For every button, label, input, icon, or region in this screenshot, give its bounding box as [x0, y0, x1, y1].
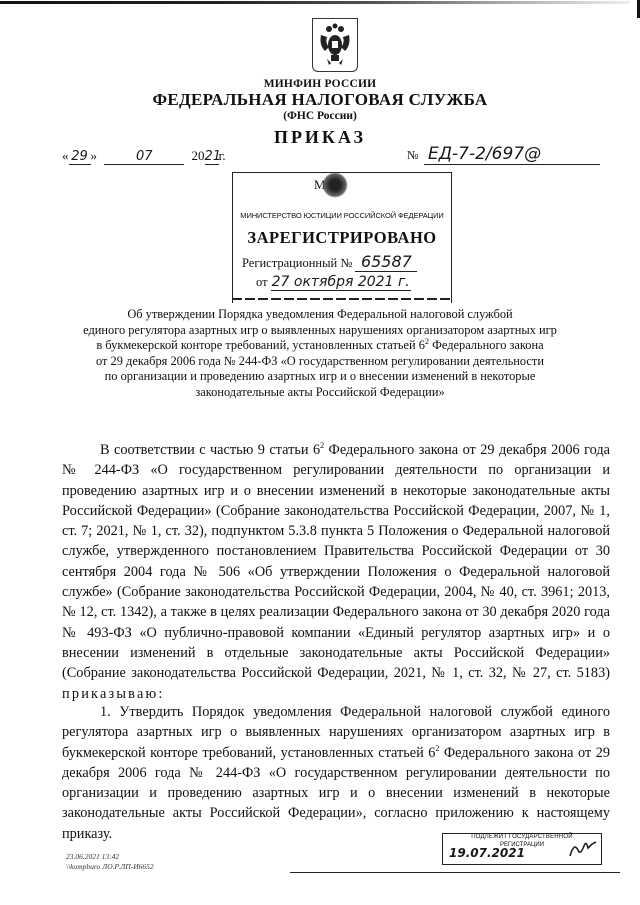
ministry-heading: МИНФИН РОССИИ — [0, 78, 640, 90]
document-title: Об утверждении Порядка уведомления Федер… — [80, 307, 560, 400]
order-month: 07 — [104, 149, 184, 165]
stamp-reg-number: 65587 — [355, 252, 417, 272]
order-item-1: 1. Утвердить Порядок уведомления Федерал… — [62, 702, 610, 844]
title-line: единого регулятора азартных игр о выявле… — [80, 323, 560, 339]
order-word: приказываю: — [62, 686, 165, 702]
page-bottom-rule — [290, 872, 620, 873]
stamp-eagle-icon — [322, 172, 348, 198]
agency-abbreviation: (ФНС России) — [0, 110, 640, 122]
close-quote: » — [91, 148, 98, 163]
stamp-ministry-name: МИНИСТЕРСТВО ЮСТИЦИИ РОССИЙСКОЙ ФЕДЕРАЦИ… — [236, 211, 448, 220]
signature-icon — [568, 838, 598, 865]
preamble-paragraph: В соответствии с частью 9 статьи 62 Феде… — [62, 440, 610, 704]
emblem-icon — [312, 18, 358, 72]
title-line: законодательные акты Российской Федераци… — [80, 385, 560, 401]
agency-heading: ФЕДЕРАЛЬНАЯ НАЛОГОВАЯ СЛУЖБА — [0, 90, 640, 110]
stamp-reg-label: Регистрационный № — [242, 256, 352, 270]
title-line: от 29 декабря 2006 года № 244-ФЗ «О госу… — [80, 354, 560, 370]
stamp-date-label: от — [256, 275, 268, 289]
year-label: г. — [219, 148, 226, 163]
order-number: ЕД-7-2/697@ — [424, 144, 600, 165]
stamp-date-line: от 27 октября 2021 г. — [256, 274, 411, 291]
title-line: по организации и проведению азартных игр… — [80, 369, 560, 385]
footer-file-ref: \\kompburo ЛО.Р.ЛП-И6652 — [66, 862, 154, 872]
footer-metadata: 23.06.2021 13:42 \\kompburo ЛО.Р.ЛП-И665… — [66, 852, 154, 872]
date-number-line: «29» 07 2021г. № ЕД-7-2/697@ — [62, 148, 602, 170]
title-line: Об утверждении Порядка уведомления Федер… — [80, 307, 560, 323]
stamp-reg-line: Регистрационный № 65587 — [242, 252, 417, 272]
stamp-border-bottom — [232, 298, 452, 300]
order-day: 29 — [69, 149, 91, 165]
title-line: в букмекерской конторе требований, устан… — [80, 338, 560, 354]
bottom-stamp-date: 19.07.2021 — [449, 846, 525, 860]
stamp-status: ЗАРЕГИСТРИРОВАНО — [236, 228, 448, 248]
number-label: № — [407, 148, 418, 163]
footer-timestamp: 23.06.2021 13:42 — [66, 852, 154, 862]
scan-edge-top — [0, 1, 630, 4]
year-prefix: 20 — [192, 148, 205, 163]
stamp-date-value: 27 октября 2021 г. — [271, 274, 411, 291]
year-suffix: 21 — [205, 149, 219, 165]
